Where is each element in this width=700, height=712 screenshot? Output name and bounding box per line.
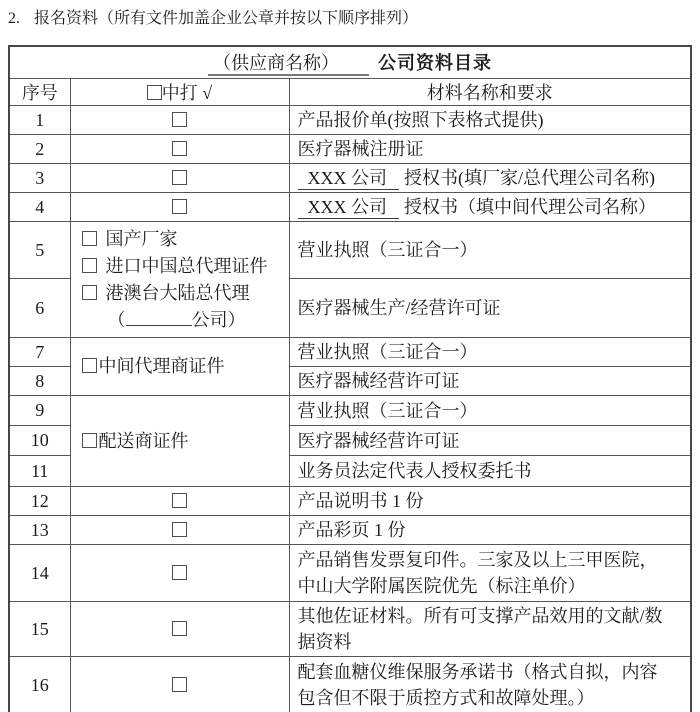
material-cell: 医疗器械经营许可证 bbox=[289, 426, 691, 456]
check-cell bbox=[70, 193, 289, 222]
table-row: 7 中间代理商证件 营业执照（三证合一） bbox=[9, 338, 691, 367]
column-header-row: 序号 中打 √ 材料名称和要求 bbox=[9, 79, 691, 106]
table-title-row: （供应商名称）公司资料目录 bbox=[9, 46, 691, 79]
material-cell: 营业执照（三证合一） bbox=[289, 396, 691, 426]
table-row: 2 医疗器械注册证 bbox=[9, 135, 691, 164]
page-heading: 2.报名资料（所有文件加盖企业公章并按以下顺序排列） bbox=[8, 8, 418, 30]
materials-table: （供应商名称）公司资料目录 序号 中打 √ 材料名称和要求 1 产品报价单(按照… bbox=[8, 45, 692, 712]
material-cell: 配套血糖仪维保服务承诺书（格式自拟，内容包含但不限于质控方式和故障处理。） bbox=[289, 657, 691, 712]
check-option: 进口中国总代理证件 bbox=[82, 253, 289, 280]
check-group-cell-intermediate: 中间代理商证件 bbox=[70, 338, 289, 396]
supplier-name-blank[interactable]: （供应商名称） bbox=[208, 53, 369, 76]
col-header-no: 序号 bbox=[9, 79, 70, 106]
row-number: 14 bbox=[9, 545, 70, 602]
table-row: 4 XXX 公司授权书（填中间代理公司名称） bbox=[9, 193, 691, 222]
table-row: 14 产品销售发票复印件。三家及以上三甲医院，中山大学附属医院优先（标注单价） bbox=[9, 545, 691, 602]
row-number: 11 bbox=[9, 456, 70, 487]
col-header-check-label: 中打 √ bbox=[162, 83, 212, 103]
table-row: 15 其他佐证材料。所有可支撑产品效用的文献/数据资料 bbox=[9, 602, 691, 657]
table-title: 公司资料目录 bbox=[378, 53, 492, 73]
row-number: 1 bbox=[9, 106, 70, 135]
row-number: 16 bbox=[9, 657, 70, 712]
checkbox-icon[interactable] bbox=[172, 565, 187, 580]
check-option-label: 国产厂家 bbox=[106, 229, 178, 249]
checkbox-icon[interactable] bbox=[172, 199, 187, 214]
row-number: 5 bbox=[9, 222, 70, 279]
checkbox-icon[interactable] bbox=[82, 231, 97, 246]
company-name-blank[interactable] bbox=[126, 309, 192, 326]
heading-number: 2. bbox=[8, 8, 20, 30]
checkbox-icon[interactable] bbox=[172, 112, 187, 127]
material-cell: 医疗器械生产/经营许可证 bbox=[289, 279, 691, 338]
material-cell: XXX 公司授权书(填厂家/总代理公司名称) bbox=[289, 164, 691, 193]
check-option: 国产厂家 bbox=[82, 226, 289, 253]
table-row: 1 产品报价单(按照下表格式提供) bbox=[9, 106, 691, 135]
material-cell: 医疗器械注册证 bbox=[289, 135, 691, 164]
company-paren-close: 公司） bbox=[192, 310, 246, 330]
checkbox-icon[interactable] bbox=[172, 493, 187, 508]
checkbox-icon[interactable] bbox=[172, 141, 187, 156]
material-cell: 产品报价单(按照下表格式提供) bbox=[289, 106, 691, 135]
table-row: 16 配套血糖仪维保服务承诺书（格式自拟，内容包含但不限于质控方式和故障处理。） bbox=[9, 657, 691, 712]
check-cell bbox=[70, 487, 289, 516]
check-cell bbox=[70, 545, 289, 602]
check-cell bbox=[70, 106, 289, 135]
check-cell bbox=[70, 135, 289, 164]
checkbox-icon[interactable] bbox=[172, 621, 187, 636]
check-cell bbox=[70, 164, 289, 193]
row-number: 13 bbox=[9, 516, 70, 545]
check-group-cell-manufacturer: 国产厂家 进口中国总代理证件 港澳台大陆总代理 （公司） bbox=[70, 222, 289, 338]
authorizer-name-blank[interactable]: XXX 公司 bbox=[298, 168, 400, 190]
material-cell: 医疗器械经营许可证 bbox=[289, 367, 691, 396]
material-cell: 业务员法定代表人授权委托书 bbox=[289, 456, 691, 487]
row-number: 4 bbox=[9, 193, 70, 222]
row-number: 10 bbox=[9, 426, 70, 456]
check-option-label: 中间代理商证件 bbox=[99, 356, 225, 376]
material-cell: 其他佐证材料。所有可支撑产品效用的文献/数据资料 bbox=[289, 602, 691, 657]
checkbox-icon[interactable] bbox=[82, 433, 97, 448]
table-row: 9 配送商证件 营业执照（三证合一） bbox=[9, 396, 691, 426]
document-page: 2.报名资料（所有文件加盖企业公章并按以下顺序排列） （供应商名称）公司资料目录… bbox=[0, 0, 700, 712]
checkbox-icon[interactable] bbox=[172, 522, 187, 537]
table-row: 3 XXX 公司授权书(填厂家/总代理公司名称) bbox=[9, 164, 691, 193]
col-header-material: 材料名称和要求 bbox=[289, 79, 691, 106]
authorizer-name-blank[interactable]: XXX 公司 bbox=[298, 197, 400, 219]
check-cell bbox=[70, 602, 289, 657]
table-row: 12 产品说明书 1 份 bbox=[9, 487, 691, 516]
company-paren-open: （ bbox=[108, 310, 126, 330]
row-number: 3 bbox=[9, 164, 70, 193]
checkbox-icon[interactable] bbox=[172, 677, 187, 692]
row-number: 2 bbox=[9, 135, 70, 164]
row-number: 9 bbox=[9, 396, 70, 426]
checkbox-icon[interactable] bbox=[82, 258, 97, 273]
check-option-label: 进口中国总代理证件 bbox=[106, 256, 268, 276]
material-cell: 产品彩页 1 份 bbox=[289, 516, 691, 545]
material-cell: 产品说明书 1 份 bbox=[289, 487, 691, 516]
material-cell: XXX 公司授权书（填中间代理公司名称） bbox=[289, 193, 691, 222]
row-number: 8 bbox=[9, 367, 70, 396]
check-cell bbox=[70, 657, 289, 712]
check-option-label: 配送商证件 bbox=[99, 431, 189, 451]
material-cell: 产品销售发票复印件。三家及以上三甲医院，中山大学附属医院优先（标注单价） bbox=[289, 545, 691, 602]
checkbox-icon[interactable] bbox=[82, 285, 97, 300]
row-number: 7 bbox=[9, 338, 70, 367]
checkbox-icon[interactable] bbox=[172, 170, 187, 185]
material-cell: 营业执照（三证合一） bbox=[289, 338, 691, 367]
check-option-label: 港澳台大陆总代理 bbox=[106, 283, 250, 303]
row-number: 12 bbox=[9, 487, 70, 516]
check-option: 港澳台大陆总代理 bbox=[82, 280, 289, 307]
heading-text: 报名资料（所有文件加盖企业公章并按以下顺序排列） bbox=[34, 10, 418, 27]
table-row: 13 产品彩页 1 份 bbox=[9, 516, 691, 545]
checkbox-icon bbox=[147, 85, 162, 100]
company-name-line: （公司） bbox=[82, 307, 289, 334]
row-number: 15 bbox=[9, 602, 70, 657]
table-title-cell: （供应商名称）公司资料目录 bbox=[9, 46, 691, 79]
check-cell bbox=[70, 516, 289, 545]
checkbox-icon[interactable] bbox=[82, 358, 97, 373]
row-number: 6 bbox=[9, 279, 70, 338]
material-text: 授权书(填厂家/总代理公司名称) bbox=[404, 168, 655, 188]
material-text: 授权书（填中间代理公司名称） bbox=[404, 197, 656, 217]
check-group-cell-distributor: 配送商证件 bbox=[70, 396, 289, 487]
material-cell: 营业执照（三证合一） bbox=[289, 222, 691, 279]
col-header-check: 中打 √ bbox=[70, 79, 289, 106]
table-row: 5 国产厂家 进口中国总代理证件 港澳台大陆总代理 （公司） 营业执照（三证合一… bbox=[9, 222, 691, 279]
